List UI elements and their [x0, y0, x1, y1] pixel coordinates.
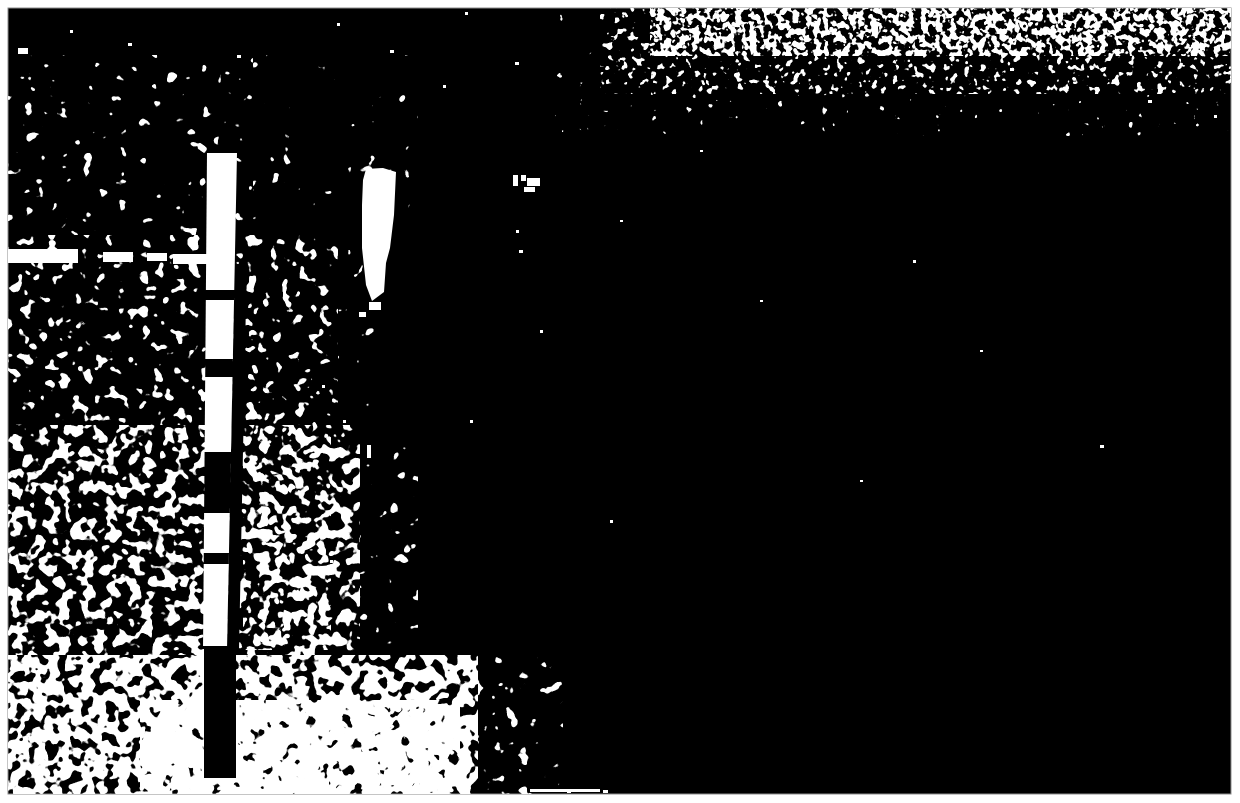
secondary-stake-fragment [367, 445, 371, 458]
noise-region-lowerleft-dense [8, 425, 360, 655]
speck [465, 12, 468, 15]
secondary-stake-fragment [359, 312, 366, 317]
speck [70, 30, 73, 33]
level-line-dash [8, 249, 78, 263]
noise-region-bottom-heavy [140, 700, 460, 794]
speck [760, 300, 763, 302]
rod-segment-white [206, 153, 237, 290]
speck [700, 150, 703, 152]
speck [860, 480, 863, 482]
rod-segment-white [204, 513, 230, 553]
speck [128, 43, 132, 46]
speck [443, 85, 446, 88]
speck [237, 55, 241, 58]
speck [610, 520, 613, 523]
noise-region-bottom-fringe [478, 655, 563, 794]
speck [980, 350, 983, 352]
speck [390, 50, 394, 53]
noise-region-lowerleft-fringe [360, 440, 418, 655]
binarized-photo [0, 0, 1240, 803]
rod-segment-black [204, 553, 229, 564]
rod-segment-white [205, 300, 234, 359]
level-line-dash [103, 252, 133, 262]
speck [516, 230, 519, 233]
speck [322, 385, 325, 388]
noise-region-topright-band-tail [555, 8, 1231, 136]
speck [1100, 445, 1104, 448]
level-line-dash [147, 253, 167, 261]
rod-segment-black [205, 359, 233, 377]
speck [540, 330, 543, 333]
marker-rect [527, 178, 540, 186]
marker-rect [524, 187, 535, 192]
speck [913, 260, 916, 263]
photo-canvas [0, 0, 1240, 803]
speck [1010, 68, 1014, 71]
speck [519, 250, 523, 253]
speck [1214, 115, 1217, 118]
speck [603, 790, 608, 793]
speck [620, 220, 623, 222]
rod-base-shadow [204, 646, 236, 778]
rod-segment-white [203, 564, 229, 646]
speck [470, 420, 473, 423]
speck [337, 23, 340, 26]
speck [330, 560, 333, 563]
rod-segment-white [205, 377, 233, 452]
marker-rect [513, 175, 518, 186]
secondary-stake-fragment [369, 302, 381, 310]
level-line-dash [173, 254, 207, 264]
speck [18, 48, 28, 54]
speck [567, 790, 571, 793]
speck [530, 789, 600, 792]
speck [1148, 100, 1152, 103]
rod-segment-black [204, 452, 231, 513]
marker-rect [521, 175, 526, 181]
speck [515, 62, 519, 65]
speck [343, 420, 346, 423]
rod-segment-black [206, 290, 234, 300]
